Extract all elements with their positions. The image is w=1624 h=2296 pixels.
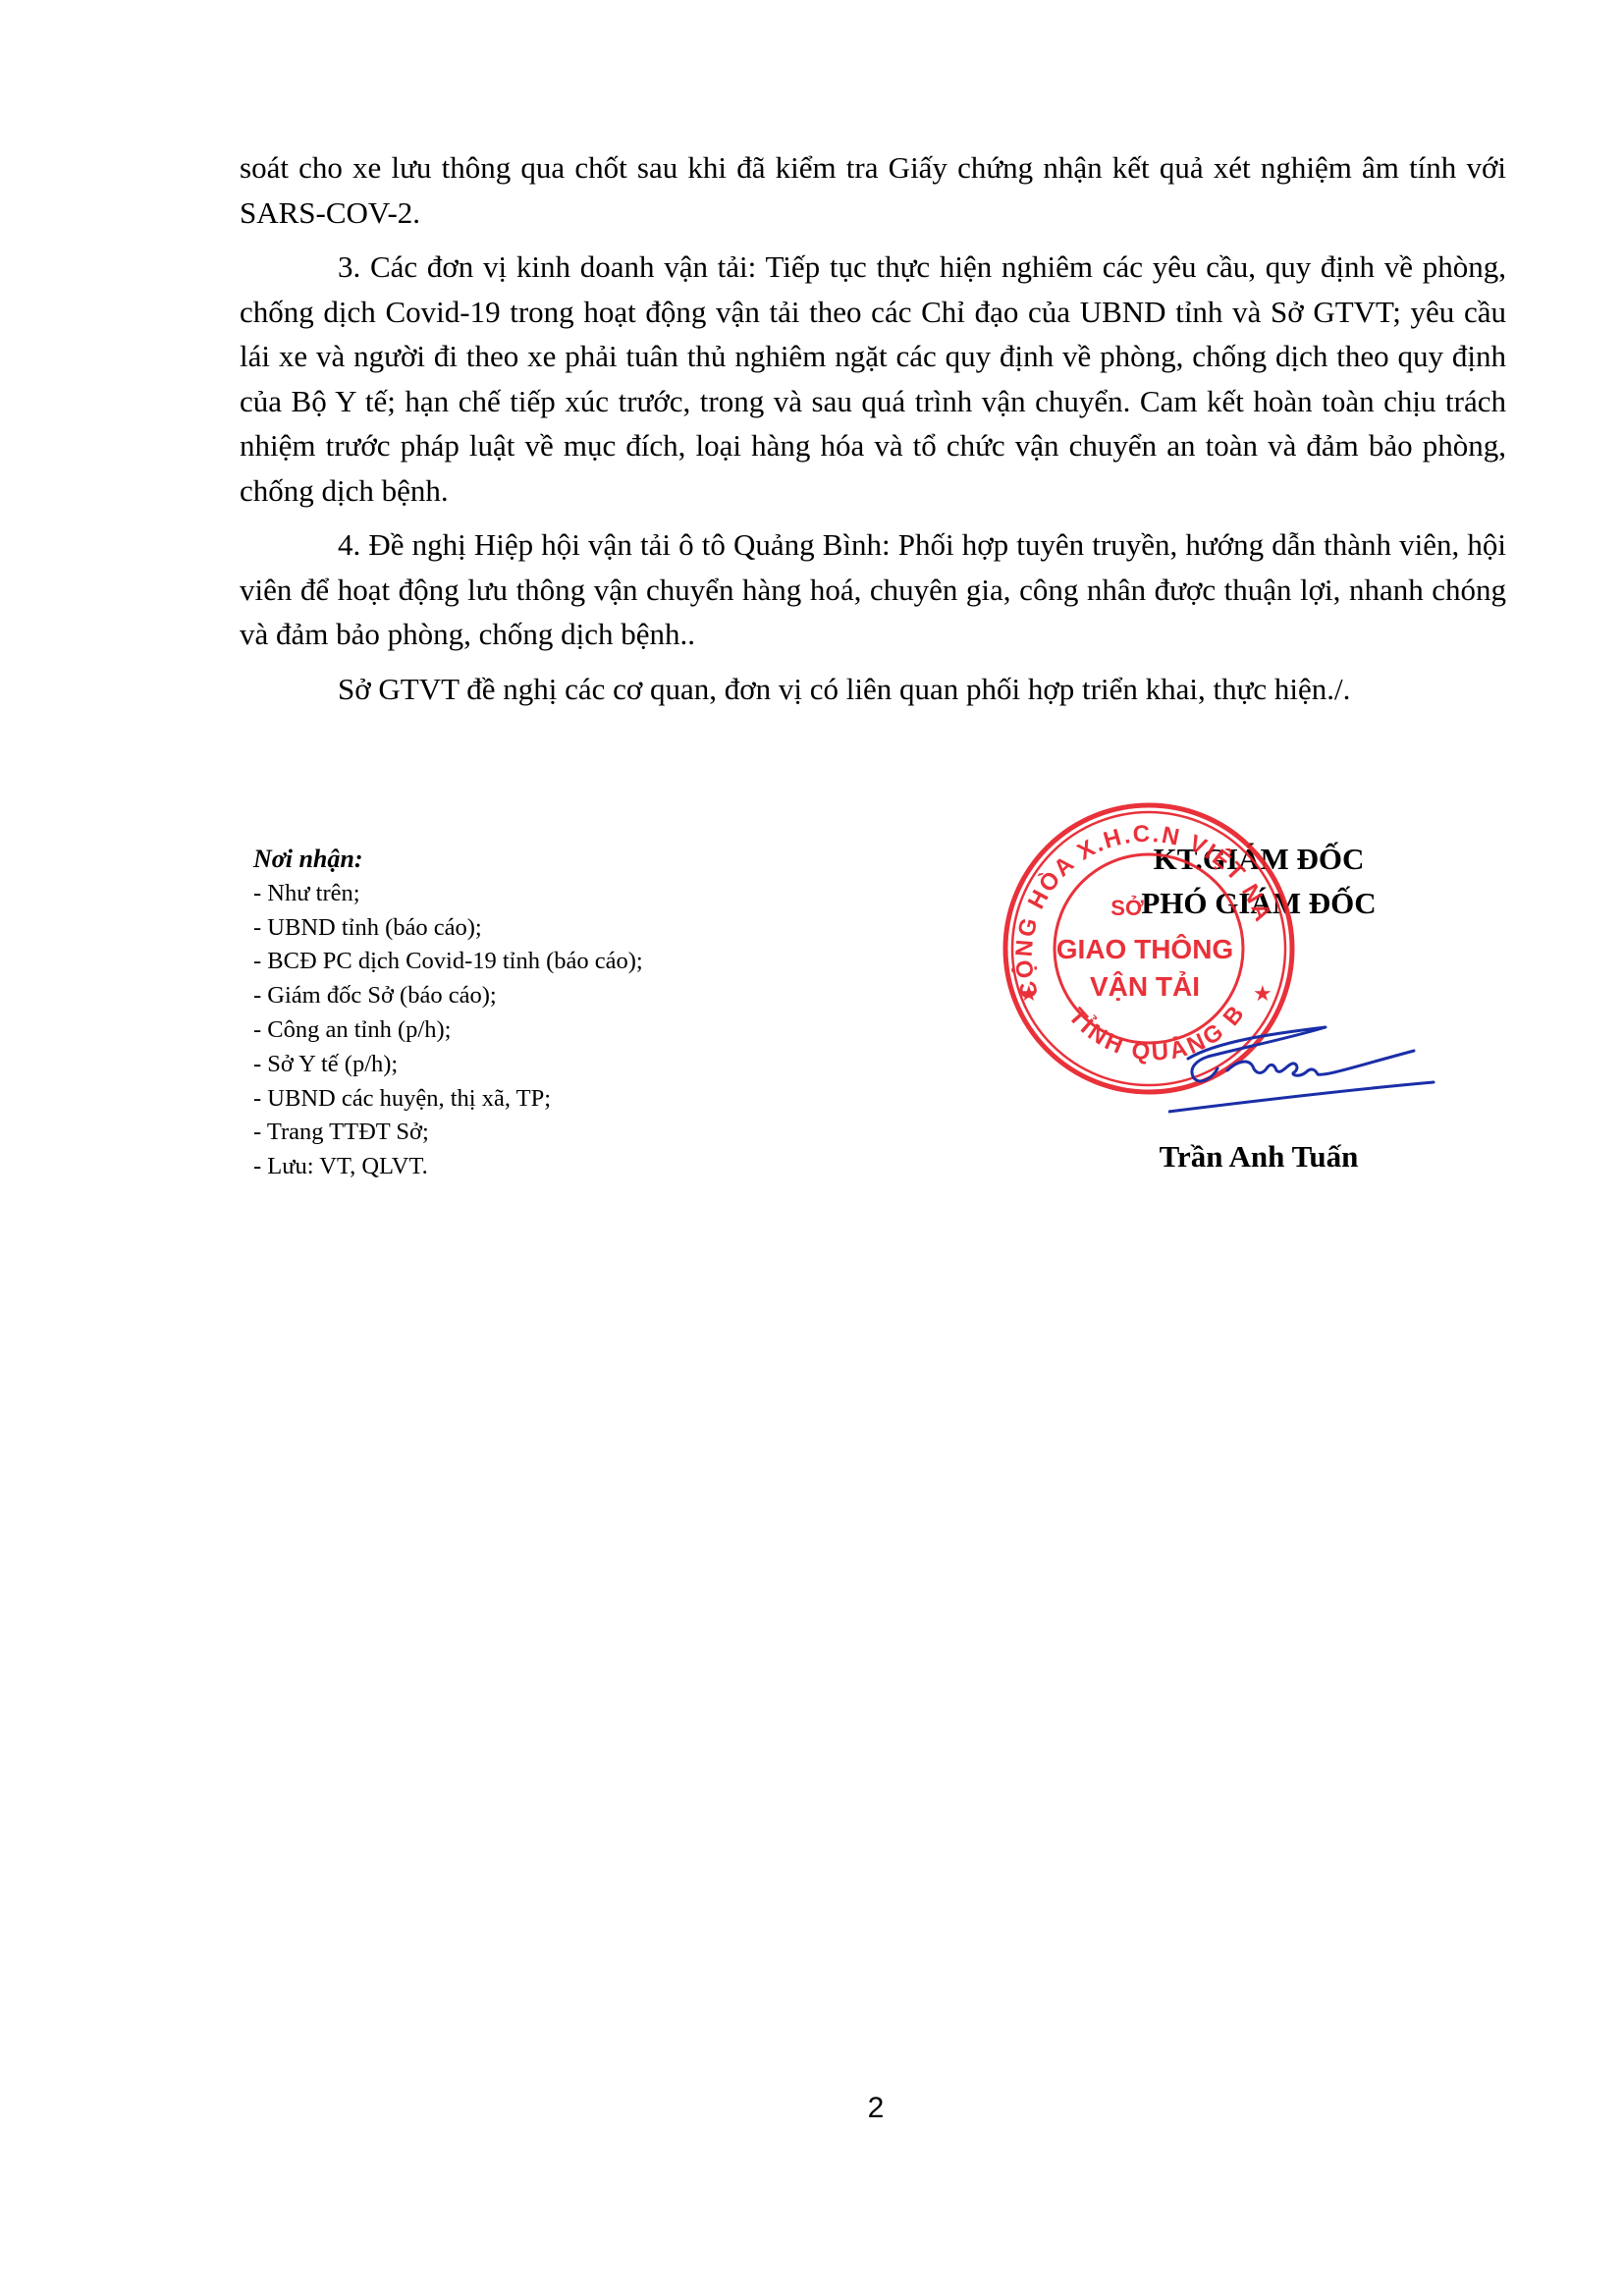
stamp-center-line1: SỞ [1110,896,1144,920]
recipient-item: - Lưu: VT, QLVT. [253,1150,643,1184]
recipient-item: - Giám đốc Sở (báo cáo); [253,979,643,1013]
recipient-item: - UBND tỉnh (báo cáo); [253,911,643,946]
paragraph-item-3: 3. Các đơn vị kinh doanh vận tải: Tiếp t… [240,245,1506,513]
handwritten-signature-icon [1168,1011,1463,1120]
paragraph-item-4: 4. Đề nghị Hiệp hội vận tải ô tô Quảng B… [240,522,1506,657]
recipient-item: - Như trên; [253,877,643,911]
signer-name: Trần Anh Tuấn [1062,1139,1455,1175]
recipient-item: - BCĐ PC dịch Covid-19 tỉnh (báo cáo); [253,945,643,979]
recipients-block: Nơi nhận: - Như trên; - UBND tỉnh (báo c… [253,843,643,1184]
recipients-list: - Như trên; - UBND tỉnh (báo cáo); - BCĐ… [253,877,643,1184]
recipient-item: - Công an tỉnh (p/h); [253,1013,643,1048]
stamp-center-line3: VẬN TẢI [1090,970,1200,1002]
stamp-center-line2: GIAO THÔNG [1056,933,1233,964]
document-page: soát cho xe lưu thông qua chốt sau khi đ… [0,0,1624,2296]
paragraph-closing: Sở GTVT đề nghị các cơ quan, đơn vị có l… [240,667,1506,712]
recipient-item: - UBND các huyện, thị xã, TP; [253,1082,643,1117]
recipient-item: - Sở Y tế (p/h); [253,1048,643,1082]
recipients-title: Nơi nhận: [253,843,643,877]
page-number: 2 [0,2092,1624,2125]
svg-text:★: ★ [1019,982,1039,1007]
svg-text:★: ★ [1253,982,1272,1007]
document-body: soát cho xe lưu thông qua chốt sau khi đ… [240,145,1506,721]
paragraph-continuation: soát cho xe lưu thông qua chốt sau khi đ… [240,145,1506,235]
recipient-item: - Trang TTĐT Sở; [253,1116,643,1150]
